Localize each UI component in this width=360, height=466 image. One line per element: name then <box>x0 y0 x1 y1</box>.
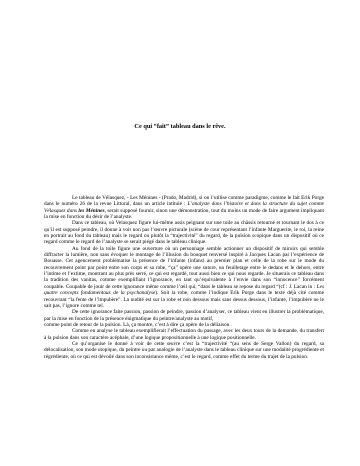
paragraph-3: Au fond de la toile figure une ouverture… <box>44 246 324 309</box>
article-title-bold: les Ménines <box>78 208 104 214</box>
paragraph-2: Dans ce tableau, où Velasquez figure lui… <box>44 220 324 245</box>
document-title: Ce qui “fait” tableau dans le rêve. <box>0 123 360 131</box>
document-body: Le tableau de Vélasquez, - Les Ménines -… <box>44 195 324 360</box>
paragraph-6: Comme en analyse le tableau exemplifiera… <box>44 328 324 341</box>
paragraph-1: Le tableau de Vélasquez, - Les Ménines -… <box>44 195 324 220</box>
document-page: Ce qui “fait” tableau dans le rêve. Le t… <box>0 0 360 466</box>
paragraph-4: De cette ignorance faite passion, passio… <box>44 309 324 322</box>
paragraph-7: Ce qu’organise le donné à voir de cette … <box>44 341 324 360</box>
paragraph-text: Au fond de la toile figure une ouverture… <box>44 246 324 290</box>
